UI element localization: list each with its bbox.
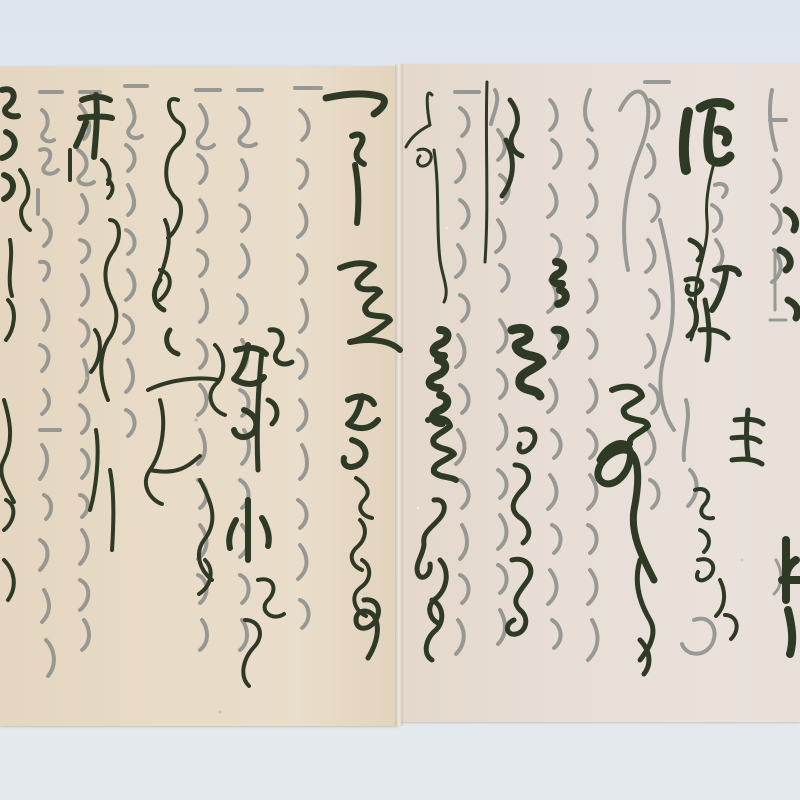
- manuscript-photo: Photograph of an old Japanese handwritte…: [0, 0, 800, 800]
- right-paper-sheet: [400, 64, 800, 722]
- left-paper-sheet: [0, 66, 398, 726]
- sheet-join-seam: [395, 64, 403, 726]
